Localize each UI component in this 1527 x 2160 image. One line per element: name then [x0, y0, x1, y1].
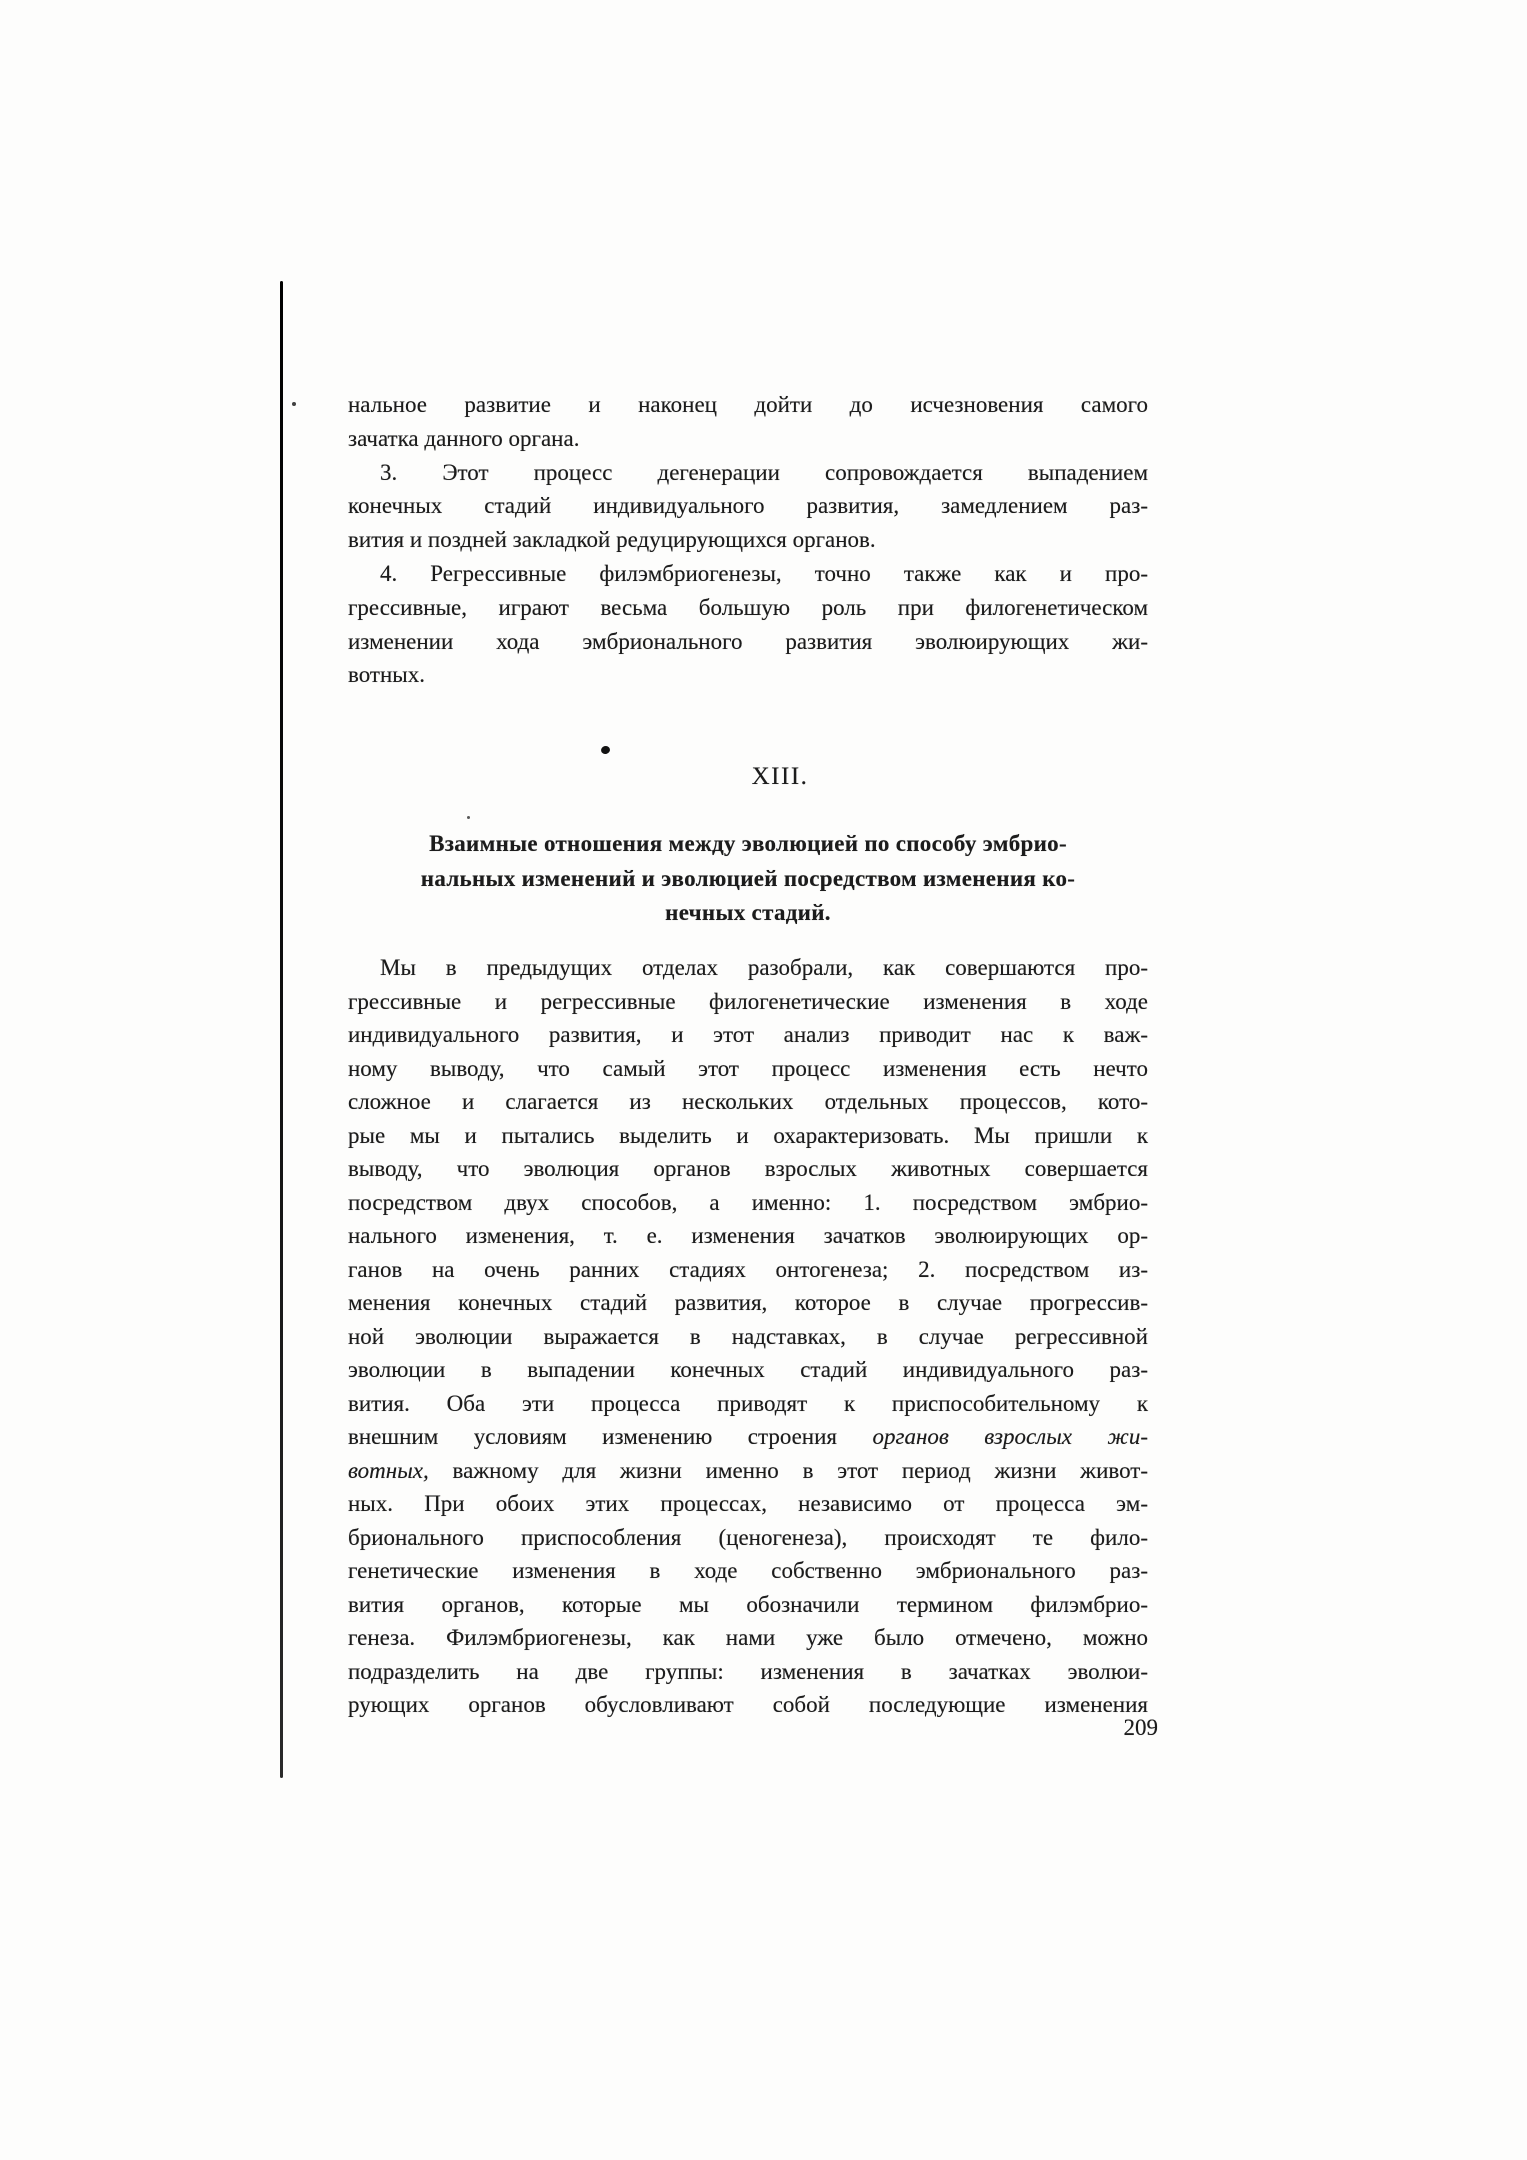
text-line: конечных стадий индивидуального развития… [348, 489, 1148, 523]
text-line: сложное и слагается из нескольких отдель… [348, 1085, 1148, 1119]
page-number: 209 [1048, 1715, 1158, 1741]
text-line: рые мы и пытались выделить и охарактериз… [348, 1119, 1148, 1153]
page-text-fragment: нальное развитие и наконец дойти до исче… [348, 388, 1148, 692]
text-line: ных. При обоих этих процессах, независим… [348, 1487, 1148, 1521]
text-line: внешним условиям изменению строения орга… [348, 1420, 1148, 1454]
text-line: изменении хода эмбрионального развития э… [348, 625, 1148, 659]
text-line: выводу, что эволюция органов взрослых жи… [348, 1152, 1148, 1186]
text-line: вития. Оба эти процесса приводят к присп… [348, 1387, 1148, 1421]
text-line: нального изменения, т. е. изменения зача… [348, 1219, 1148, 1253]
ink-dot [600, 745, 611, 755]
paragraph: нальное развитие и наконец дойти до исче… [348, 388, 1148, 456]
text-line: генеза. Филэмбриогенезы, как нами уже бы… [348, 1621, 1148, 1655]
main-paragraph: Мы в предыдущих отделах разобрали, как с… [348, 951, 1148, 1722]
paragraph: 3. Этот процесс дегенерации сопровождает… [348, 456, 1148, 557]
text-line: ганов на очень ранних стадиях онтогенеза… [348, 1253, 1148, 1287]
text-line: грессивные и регрессивные филогенетическ… [348, 985, 1148, 1019]
chapter-title-line: Взаимные отношения между эволюцией по сп… [348, 827, 1148, 862]
ink-speck [467, 816, 470, 819]
text-segment: важному для жизни именно в этот период ж… [429, 1458, 1148, 1483]
text-line: вотных, важному для жизни именно в этот … [348, 1454, 1148, 1488]
text-line: вития и поздней закладкой редуцирующихся… [348, 523, 1148, 557]
chapter-title: Взаимные отношения между эволюцией по сп… [348, 827, 1148, 931]
italic-text-segment: вотных, [348, 1458, 429, 1483]
ink-speck [292, 402, 296, 406]
text-line: ной эволюции выражается в надставках, в … [348, 1320, 1148, 1354]
chapter-title-line: нальных изменений и эволюцией посредство… [348, 862, 1148, 897]
text-line: Мы в предыдущих отделах разобрали, как с… [348, 951, 1148, 985]
text-line: индивидуального развития, и этот анализ … [348, 1018, 1148, 1052]
binding-crease-line [280, 281, 283, 1778]
text-line: вотных. [348, 658, 1148, 692]
text-line: вития органов, которые мы обозначили тер… [348, 1588, 1148, 1622]
text-line: эволюции в выпадении конечных стадий инд… [348, 1353, 1148, 1387]
text-line: 4. Регрессивные филэмбриогенезы, точно т… [348, 557, 1148, 591]
chapter-number: XIII. [380, 763, 1180, 791]
text-line: 3. Этот процесс дегенерации сопровождает… [348, 456, 1148, 490]
text-line: грессивные, играют весьма большую роль п… [348, 591, 1148, 625]
text-line: менения конечных стадий развития, которо… [348, 1286, 1148, 1320]
text-line: генетические изменения в ходе собственно… [348, 1554, 1148, 1588]
text-line: ному выводу, что самый этот процесс изме… [348, 1052, 1148, 1086]
text-line: брионального приспособления (ценогенеза)… [348, 1521, 1148, 1555]
book-page: нальное развитие и наконец дойти до исче… [0, 0, 1527, 2160]
text-line: рующих органов обусловливают собой после… [348, 1688, 1148, 1722]
text-line: нальное развитие и наконец дойти до исче… [348, 388, 1148, 422]
text-line: зачатка данного органа. [348, 422, 1148, 456]
text-line: посредством двух способов, а именно: 1. … [348, 1186, 1148, 1220]
italic-text-segment: органов взрослых жи- [872, 1424, 1148, 1449]
text-segment: внешним условиям изменению строения [348, 1424, 872, 1449]
chapter-title-line: нечных стадий. [348, 896, 1148, 931]
paragraph: 4. Регрессивные филэмбриогенезы, точно т… [348, 557, 1148, 692]
text-line: подразделить на две группы: изменения в … [348, 1655, 1148, 1689]
